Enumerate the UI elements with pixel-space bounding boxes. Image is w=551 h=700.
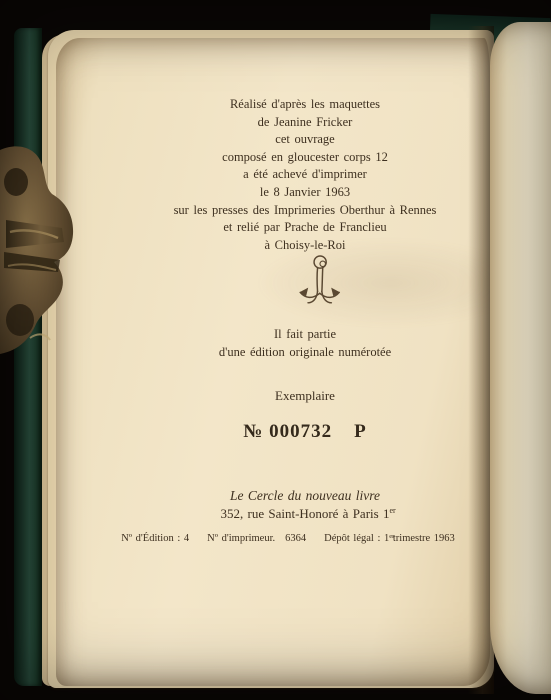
publisher-address: 352, rue Saint-Honoré à Paris 1er	[56, 506, 490, 522]
colophon-line: de Jeanine Fricker	[120, 114, 490, 132]
book-photo: Réalisé d'après les maquettes de Jeanine…	[0, 0, 551, 700]
colophon-line: le 8 Janvier 1963	[120, 184, 490, 202]
address-ordinal: er	[389, 506, 395, 515]
imprint-edition: Nº d'Édition : 4	[121, 533, 189, 544]
colophon-text-block: Réalisé d'après les maquettes de Jeanine…	[56, 96, 490, 254]
anchor-icon	[295, 251, 347, 313]
copy-number-stamp: № 000732P	[56, 421, 490, 443]
depot-main: Dépôt légal : 1	[324, 533, 389, 544]
copy-number: № 000732	[243, 421, 332, 442]
anchor-ornament-row	[56, 251, 490, 318]
imprint-printer-label: Nº d'imprimeur.	[207, 533, 275, 544]
edition-line: d'une édition originale numérotée	[120, 344, 490, 362]
address-main: 352, rue Saint-Honoré à Paris 1	[221, 506, 390, 521]
imprint-printer-number: 6364	[285, 533, 306, 544]
colophon-line: cet ouvrage	[120, 131, 490, 149]
publisher-name: Le Cercle du nouveau livre	[56, 488, 490, 504]
depot-ordinal: er	[389, 533, 394, 540]
depot-tail: trimestre 1963	[389, 533, 455, 544]
colophon-line: composé en gloucester corps 12	[120, 149, 490, 167]
colophon-line: sur les presses des Imprimeries Oberthur…	[120, 202, 490, 220]
colophon-line: Réalisé d'après les maquettes	[120, 96, 490, 114]
edition-line: Il fait partie	[120, 326, 490, 344]
copy-letter: P	[354, 421, 367, 442]
brass-clasp	[0, 142, 82, 358]
exemplaire-label: Exemplaire	[56, 388, 490, 404]
edition-statement: Il fait partie d'une édition originale n…	[56, 326, 490, 361]
colophon-page: Réalisé d'après les maquettes de Jeanine…	[56, 38, 490, 686]
facing-page	[490, 22, 551, 694]
imprint-depot: Dépôt légal : 1er trimestre 1963	[324, 533, 455, 544]
imprint-line: Nº d'Édition : 4Nº d'imprimeur.6364Dépôt…	[56, 533, 490, 544]
colophon-line: a été achevé d'imprimer	[120, 166, 490, 184]
colophon-line: et relié par Prache de Franclieu	[120, 219, 490, 237]
